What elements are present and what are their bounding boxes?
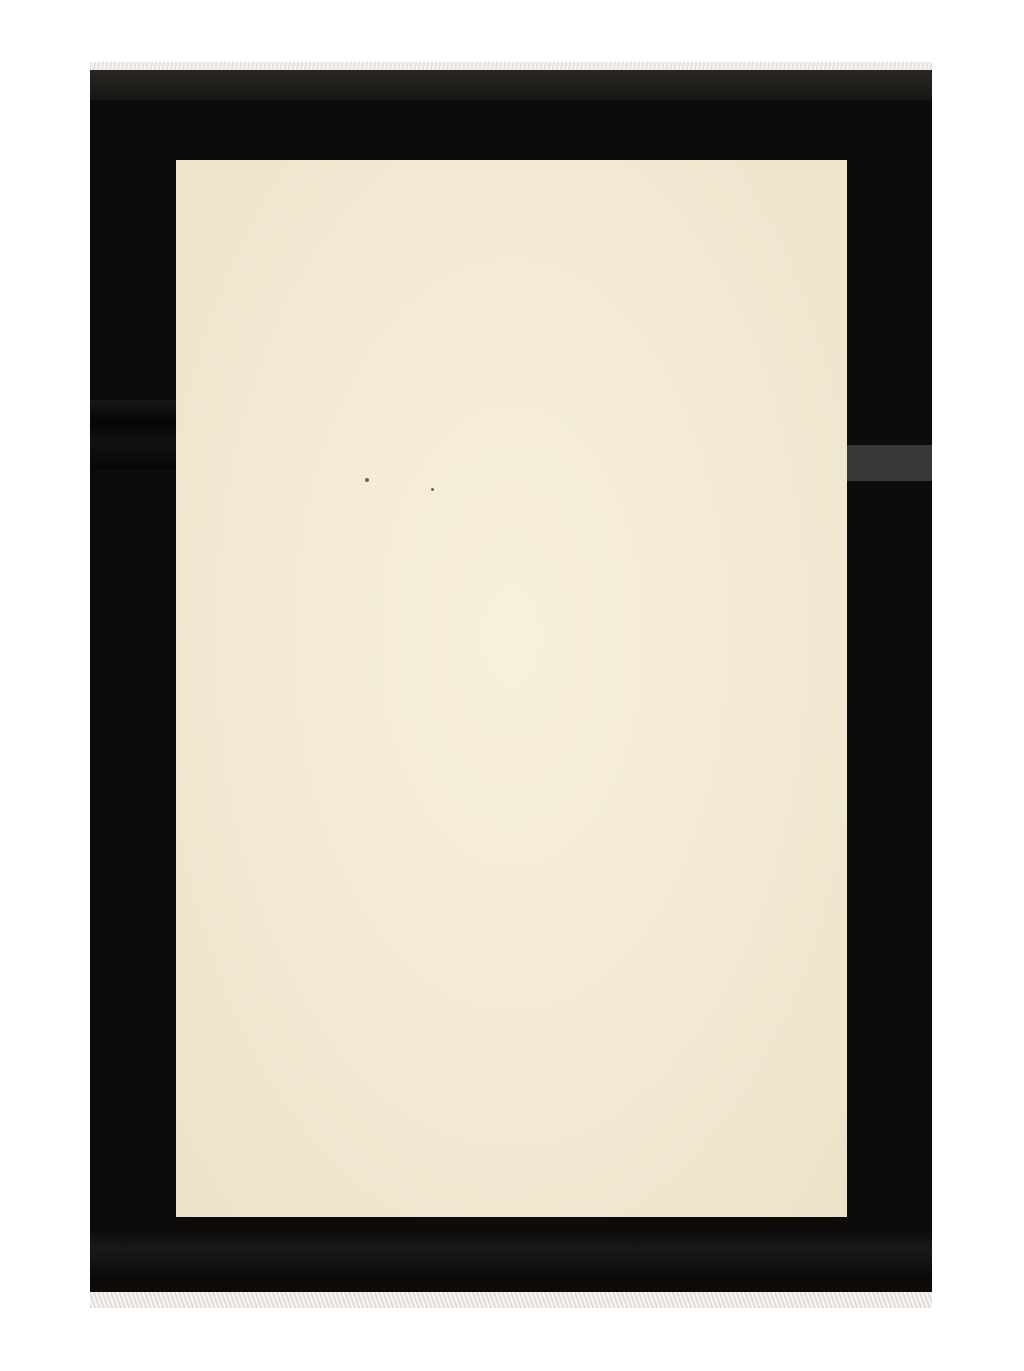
speck bbox=[431, 488, 434, 491]
left-border-stripe bbox=[90, 400, 176, 470]
bottom-fringe bbox=[90, 1292, 932, 1308]
ivory-field bbox=[176, 160, 847, 1217]
right-border-stripe bbox=[845, 445, 932, 481]
speck bbox=[365, 478, 369, 482]
rug bbox=[90, 70, 932, 1296]
bottom-border-shading bbox=[90, 1230, 932, 1280]
top-border-shading bbox=[90, 70, 932, 100]
